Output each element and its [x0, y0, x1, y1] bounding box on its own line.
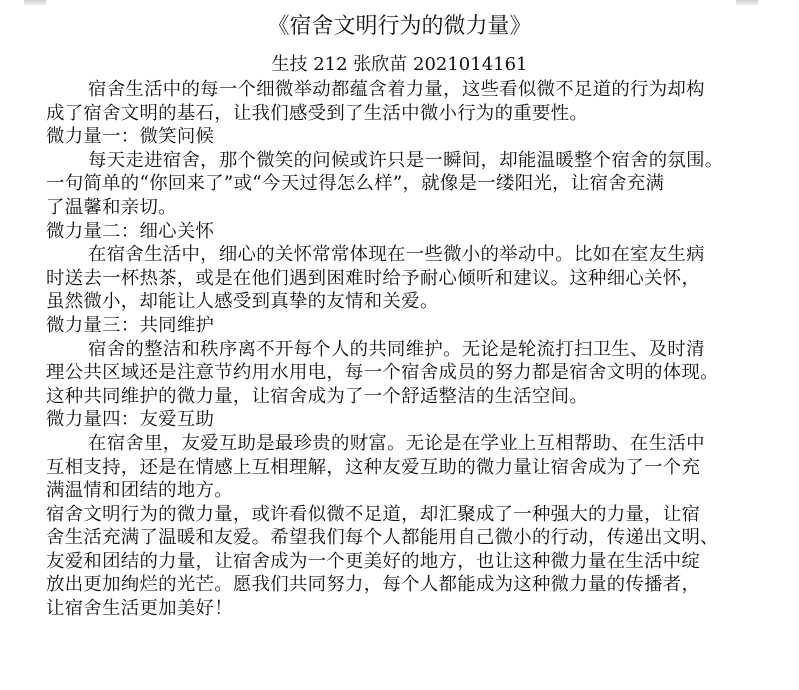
paragraph-line: 在宿舍生活中，细心的关怀常常体现在一些微小的举动中。比如在室友生病 — [46, 243, 746, 267]
section-heading: 微力量三：共同维护 — [46, 314, 746, 338]
document-body: 宿舍生活中的每一个细微举动都蕴含着力量，这些看似微不足道的行为却构 成了宿舍文明… — [46, 78, 746, 621]
page-corner-mark-left — [24, 0, 46, 5]
paragraph-line: 这种共同维护的微力量，让宿舍成为了一个舒适整洁的生活空间。 — [46, 385, 746, 409]
document-title: 《宿舍文明行为的微力量》 — [0, 12, 799, 42]
paragraph-line: 每天走进宿舍，那个微笑的问候或许只是一瞬间，却能温暖整个宿舍的氛围。 — [46, 149, 746, 173]
paragraph-line: 了温馨和亲切。 — [46, 196, 746, 220]
section-heading: 微力量二：细心关怀 — [46, 220, 746, 244]
page-corner-mark-right — [736, 0, 758, 5]
paragraph-line: 在宿舍里，友爱互助是最珍贵的财富。无论是在学业上互相帮助、在生活中 — [46, 432, 746, 456]
paragraph-line: 满温情和团结的地方。 — [46, 479, 746, 503]
paragraph-line: 虽然微小，却能让人感受到真挚的友情和关爱。 — [46, 290, 746, 314]
paragraph-line: 舍生活充满了温暖和友爱。希望我们每个人都能用自己微小的行动，传递出文明、 — [46, 526, 746, 550]
paragraph-line: 宿舍的整洁和秩序离不开每个人的共同维护。无论是轮流打扫卫生、及时清 — [46, 338, 746, 362]
paragraph-line: 互相支持，还是在情感上互相理解，这种友爱互助的微力量让宿舍成为了一个充 — [46, 456, 746, 480]
section-heading: 微力量一：微笑问候 — [46, 125, 746, 149]
document-byline: 生技 212 张欣苗 2021014161 — [0, 52, 799, 78]
section-heading: 微力量四：友爱互助 — [46, 408, 746, 432]
paragraph-line: 宿舍文明行为的微力量，或许看似微不足道，却汇聚成了一种强大的力量，让宿 — [46, 503, 746, 527]
paragraph-line: 时送去一杯热茶，或是在他们遇到困难时给予耐心倾听和建议。这种细心关怀， — [46, 267, 746, 291]
paragraph-line: 理公共区域还是注意节约用水用电，每一个宿舍成员的努力都是宿舍文明的体现。 — [46, 361, 746, 385]
paragraph-line: 友爱和团结的力量，让宿舍成为一个更美好的地方，也让这种微力量在生活中绽 — [46, 550, 746, 574]
paragraph-line: 让宿舍生活更加美好！ — [46, 597, 746, 621]
paragraph-line: 放出更加绚烂的光芒。愿我们共同努力，每个人都能成为这种微力量的传播者， — [46, 573, 746, 597]
paragraph-line: 宿舍生活中的每一个细微举动都蕴含着力量，这些看似微不足道的行为却构 — [46, 78, 746, 102]
paragraph-line: 一句简单的“你回来了”或“今天过得怎么样”，就像是一缕阳光，让宿舍充满 — [46, 172, 746, 196]
paragraph-line: 成了宿舍文明的基石，让我们感受到了生活中微小行为的重要性。 — [46, 102, 746, 126]
